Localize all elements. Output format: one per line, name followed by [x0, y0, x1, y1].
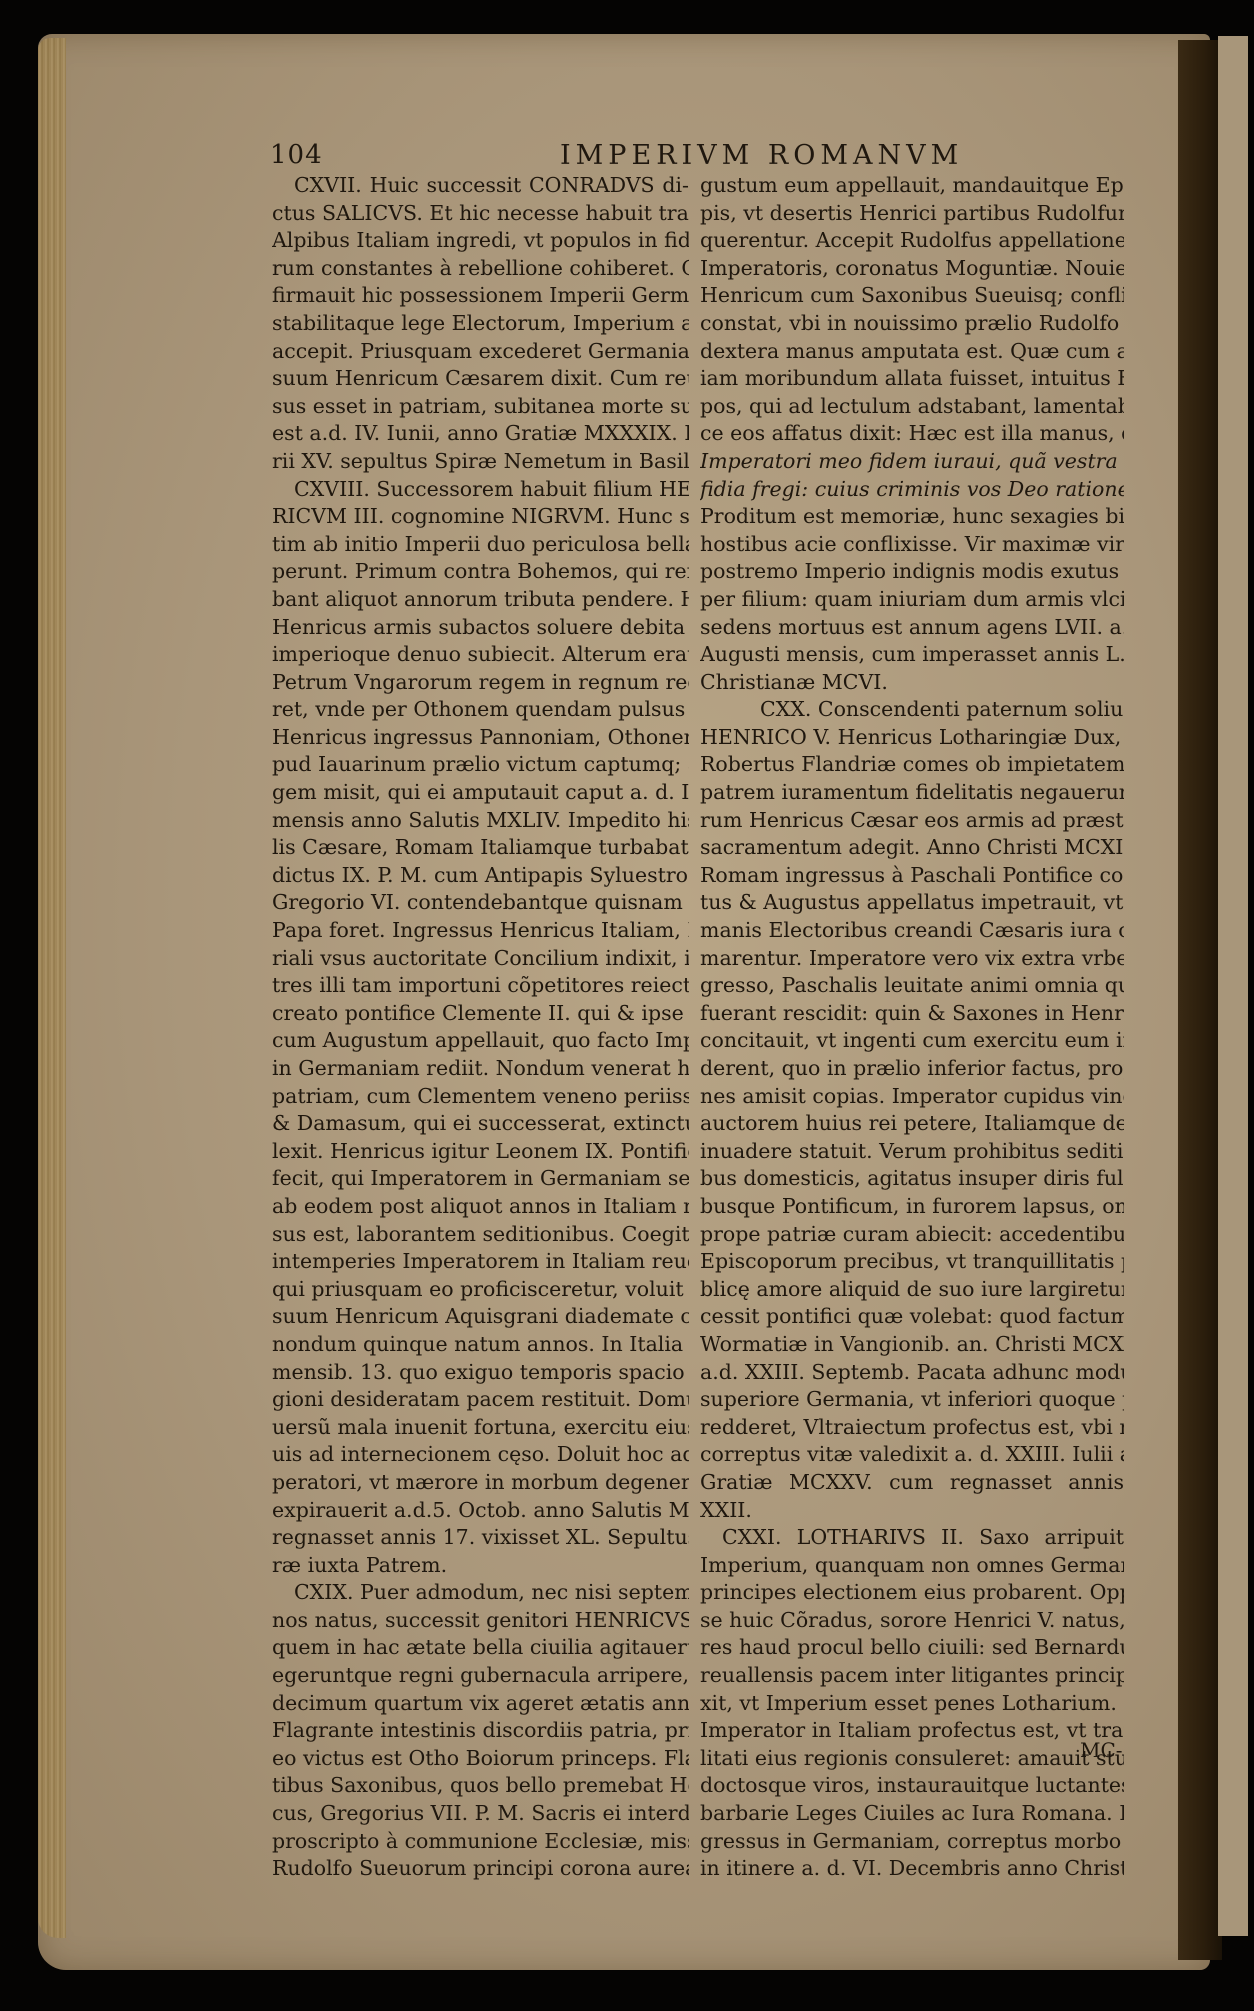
catchword: MC-: [1080, 1738, 1123, 1762]
text-line: rum constantes à rebellione cohiberet. C…: [272, 255, 689, 283]
text-line: peratori, vt mærore in morbum degenerant…: [272, 1469, 689, 1497]
text-line: constat, vbi in nouissimo prælio Rudolfo…: [700, 310, 1124, 338]
text-line: tres illi tam importuni cõpetitores reie…: [272, 972, 689, 1000]
text-line: se huic Cõradus, sorore Henrici V. natus…: [700, 1607, 1124, 1635]
text-line: suum Henricum Cæsarem dixit. Cum reuer-: [272, 365, 689, 393]
text-line: res haud procul bello ciuili: sed Bernar…: [700, 1634, 1124, 1662]
text-line: dictus IX. P. M. cum Antipapis Syluestro…: [272, 862, 689, 890]
text-line: a.d. XXIII. Septemb. Pacata adhunc modum: [700, 1359, 1124, 1387]
page-edge-fore: [38, 38, 66, 1938]
text-line: redderet, Vltraiectum profectus est, vbi…: [700, 1414, 1124, 1442]
text-line: barbarie Leges Ciuiles ac Iura Romana. R…: [700, 1800, 1124, 1828]
text-line: xit, vt Imperium esset penes Lotharium. …: [700, 1690, 1124, 1718]
text-line: suum Henricum Aquisgrani diademate cingi…: [272, 1303, 689, 1331]
text-line: Episcoporum precibus, vt tranquillitatis…: [700, 1248, 1124, 1276]
text-line: pis, vt desertis Henrici partibus Rudolf…: [700, 200, 1124, 228]
text-line: iam moribundum allata fuisset, intuitus …: [700, 365, 1124, 393]
text-line: pos, qui ad lectulum adstabant, lamentab…: [700, 393, 1124, 421]
text-line: decimum quartum vix ageret ætatis annum.: [272, 1690, 689, 1718]
text-line: auctorem huius rei petere, Italiamque de…: [700, 1110, 1124, 1138]
text-line: CXVII. Huic successit CONRADVS di-: [272, 172, 689, 200]
text-line: accepit. Priusquam excederet Germania, f…: [272, 338, 689, 366]
text-line: HENRICO V. Henricus Lotharingiæ Dux, &: [700, 724, 1124, 752]
text-line: patrem iuramentum fidelitatis negauerunt…: [700, 779, 1124, 807]
text-line: cessit pontifici quæ volebat: quod factu…: [700, 1303, 1124, 1331]
text-line: stabilitaque lege Electorum, Imperium ab…: [272, 310, 689, 338]
text-line: gioni desideratam pacem restituit. Domum…: [272, 1386, 689, 1414]
text-line: Henricus armis subactos soluere debita c…: [272, 614, 689, 642]
text-line: bant aliquot annorum tributa pendere. Ho…: [272, 586, 689, 614]
text-column-right: gustum eum appellauit, mandauitque Episc…: [700, 172, 1124, 1883]
text-line: correptus vitæ valedixit a. d. XXIII. Iu…: [700, 1441, 1124, 1469]
text-line: uersũ mala inuenit fortuna, exercitu eiu…: [272, 1414, 689, 1442]
text-line: bus domesticis, agitatus insuper diris f…: [700, 1165, 1124, 1193]
text-line: RICVM III. cognomine NIGRVM. Hunc sta-: [272, 503, 689, 531]
text-line: Gregorio VI. contendebantque quisnam ex …: [272, 889, 689, 917]
text-line: litati eius regionis consuleret: amauit …: [700, 1745, 1124, 1773]
text-line: prope patriæ curam abiecit: accedentibus…: [700, 1221, 1124, 1249]
text-line: gresso, Paschalis leuitate animi omnia q…: [700, 972, 1124, 1000]
text-line: in itinere a. d. VI. Decembris anno Chri…: [700, 1855, 1124, 1883]
text-line: cus, Gregorius VII. P. M. Sacris ei inte…: [272, 1800, 689, 1828]
text-line: XXII.: [700, 1497, 1124, 1525]
text-line: & Damasum, qui ei successerat, extinctum…: [272, 1110, 689, 1138]
text-line: ce eos affatus dixit: Hæc est illa manus…: [700, 420, 1124, 448]
text-line: patriam, cum Clementem veneno periisse, …: [272, 1083, 689, 1111]
gutter-shadow: [1178, 40, 1222, 1960]
text-line: dextera manus amputata est. Quæ cum ad i…: [700, 338, 1124, 366]
text-line: blicę amore aliquid de suo iure largiret…: [700, 1276, 1124, 1304]
text-line: imperioque denuo subiecit. Alterum erat,…: [272, 641, 689, 669]
text-line: mensis anno Salutis MXLIV. Impedito his …: [272, 807, 689, 835]
text-line: proscripto à communione Ecclesiæ, missaq…: [272, 1828, 689, 1856]
text-line: manis Electoribus creandi Cæsaris iura c…: [700, 917, 1124, 945]
text-line: tim ab initio Imperii duo periculosa bel…: [272, 531, 689, 559]
text-line: reuallensis pacem inter litigantes princ…: [700, 1662, 1124, 1690]
text-line: egeruntque regni gubernacula arripere, c…: [272, 1662, 689, 1690]
text-line: nes amisit copias. Imperator cupidus vin…: [700, 1083, 1124, 1111]
text-line: fidia fregi: cuius criminis vos Deo rati…: [700, 476, 1124, 504]
text-line: Imperator in Italiam profectus est, vt t…: [700, 1717, 1124, 1745]
page-number: 104: [270, 140, 323, 170]
text-line: intemperies Imperatorem in Italiam reuer…: [272, 1248, 689, 1276]
text-line: lis Cæsare, Romam Italiamque turbabat Be…: [272, 834, 689, 862]
text-line: CXVIII. Successorem habuit filium HEN-: [272, 476, 689, 504]
text-line: Proditum est memoriæ, hunc sexagies bis …: [700, 503, 1124, 531]
text-line: nos natus, successit genitori HENRICVS I…: [272, 1607, 689, 1635]
text-line: ret, vnde per Othonem quendam pulsus fue…: [272, 696, 689, 724]
text-line: qui priusquam eo proficisceretur, voluit…: [272, 1276, 689, 1304]
text-line: in Germaniam rediit. Nondum venerat hic …: [272, 1055, 689, 1083]
text-line: per filium: quam iniuriam dum armis vlci…: [700, 586, 1124, 614]
text-line: Imperatori meo fidem iuraui, quã vestra …: [700, 448, 1124, 476]
text-line: derent, quo in prælio inferior factus, p…: [700, 1055, 1124, 1083]
text-line: sus est, laborantem seditionibus. Coegit…: [272, 1221, 689, 1249]
text-line: ræ iuxta Patrem.: [272, 1552, 689, 1580]
text-line: Augusti mensis, cum imperasset annis L. …: [700, 641, 1124, 669]
text-line: regnasset annis 17. vixisset XL. Sepultu…: [272, 1524, 689, 1552]
adjacent-page-edge: [1218, 36, 1248, 1936]
text-column-left: CXVII. Huic successit CONRADVS di-ctus S…: [272, 172, 689, 1883]
text-line: busque Pontificum, in furorem lapsus, om…: [700, 1193, 1124, 1221]
running-head-title: IMPERIVM ROMANVM: [560, 140, 963, 171]
text-line: cum Augustum appellauit, quo facto Imper…: [272, 1027, 689, 1055]
text-line: fecit, qui Imperatorem in Germaniam secu…: [272, 1165, 689, 1193]
text-line: quem in hac ætate bella ciuilia agitauer…: [272, 1634, 689, 1662]
text-line: hostibus acie conflixisse. Vir maximæ vi…: [700, 531, 1124, 559]
text-line: Imperatoris, coronatus Moguntiæ. Nouies …: [700, 255, 1124, 283]
text-line: nondum quinque natum annos. In Italia hæ…: [272, 1331, 689, 1359]
text-line: Robertus Flandriæ comes ob impietatem in: [700, 751, 1124, 779]
text-line: Flagrante intestinis discordiis patria, …: [272, 1717, 689, 1745]
text-line: sedens mortuus est annum agens LVII. a.d…: [700, 614, 1124, 642]
text-line: Imperium, quanquam non omnes Germaniæ: [700, 1552, 1124, 1580]
text-line: expirauerit a.d.5. Octob. anno Salutis M…: [272, 1497, 689, 1525]
text-line: sus esset in patriam, subitanea morte su…: [272, 393, 689, 421]
text-line: mensib. 13. quo exiguo temporis spacio t…: [272, 1359, 689, 1387]
text-line: inuadere statuit. Verum prohibitus sedit…: [700, 1138, 1124, 1166]
text-line: eo victus est Otho Boiorum princeps. Fla…: [272, 1745, 689, 1773]
text-line: pud Iauarinum prælio victum captumq; ad …: [272, 751, 689, 779]
text-line: tibus Saxonibus, quos bello premebat Hen…: [272, 1772, 689, 1800]
text-line: principes electionem eius probarent. Opp…: [700, 1579, 1124, 1607]
running-head: 104 IMPERIVM ROMANVM: [270, 140, 1030, 174]
text-line: postremo Imperio indignis modis exutus e…: [700, 558, 1124, 586]
text-line: firmauit hic possessionem Imperii German…: [272, 282, 689, 310]
text-line: ab eodem post aliquot annos in Italiam r…: [272, 1193, 689, 1221]
text-line: CXIX. Puer admodum, nec nisi septem an-: [272, 1579, 689, 1607]
text-line: Rudolfo Sueuorum principi corona aurea, …: [272, 1855, 689, 1883]
text-line: gressus in Germaniam, correptus morbo ob…: [700, 1828, 1124, 1856]
text-line: Christianæ MCVI.: [700, 669, 1124, 697]
text-line: fuerant rescidit: quin & Saxones in Henr…: [700, 1000, 1124, 1028]
text-line: gem misit, qui ei amputauit caput a. d. …: [272, 779, 689, 807]
text-line: Gratiæ MCXXV. cum regnasset annis: [700, 1469, 1124, 1497]
text-line: Petrum Vngarorum regem in regnum reduce-: [272, 669, 689, 697]
text-line: superiore Germania, vt inferiori quoque …: [700, 1386, 1124, 1414]
text-line: Wormatiæ in Vangionib. an. Christi MCXXI…: [700, 1331, 1124, 1359]
text-line: perunt. Primum contra Bohemos, qui renue…: [272, 558, 689, 586]
text-line: rum Henricus Cæsar eos armis ad præstand…: [700, 807, 1124, 835]
text-line: CXXI. LOTHARIVS II. Saxo arripuit: [700, 1524, 1124, 1552]
text-line: marentur. Imperatore vero vix extra vrbe…: [700, 945, 1124, 973]
text-line: Henricus ingressus Pannoniam, Othonem a-: [272, 724, 689, 752]
text-line: est a.d. IV. Iunii, anno Gratiæ MXXXIX. …: [272, 420, 689, 448]
text-line: Henricum cum Saxonibus Sueuisq; conflixi…: [700, 282, 1124, 310]
text-line: doctosque viros, instaurauitque luctante…: [700, 1772, 1124, 1800]
text-line: tus & Augustus appellatus impetrauit, vt…: [700, 889, 1124, 917]
text-line: gustum eum appellauit, mandauitque Episc…: [700, 172, 1124, 200]
text-line: Romam ingressus à Paschali Pontifice cor…: [700, 862, 1124, 890]
text-line: Papa foret. Ingressus Henricus Italiam, …: [272, 917, 689, 945]
text-line: uis ad internecionem cęso. Doluit hoc ad…: [272, 1441, 689, 1469]
text-line: riali vsus auctoritate Concilium indixit…: [272, 945, 689, 973]
text-line: Alpibus Italiam ingredi, vt populos in f…: [272, 227, 689, 255]
text-line: ctus SALICVS. Et hic necesse habuit tran…: [272, 200, 689, 228]
text-line: creato pontifice Clemente II. qui & ipse…: [272, 1000, 689, 1028]
text-line: rii XV. sepultus Spiræ Nemetum in Basili…: [272, 448, 689, 476]
text-line: concitauit, vt ingenti cum exercitu eum …: [700, 1027, 1124, 1055]
text-line: sacramentum adegit. Anno Christi MCXI.: [700, 834, 1124, 862]
text-line: querentur. Accepit Rudolfus appellatione…: [700, 227, 1124, 255]
text-line: lexit. Henricus igitur Leonem IX. Pontif…: [272, 1138, 689, 1166]
text-line: CXX. Conscendenti paternum solium: [700, 696, 1124, 724]
